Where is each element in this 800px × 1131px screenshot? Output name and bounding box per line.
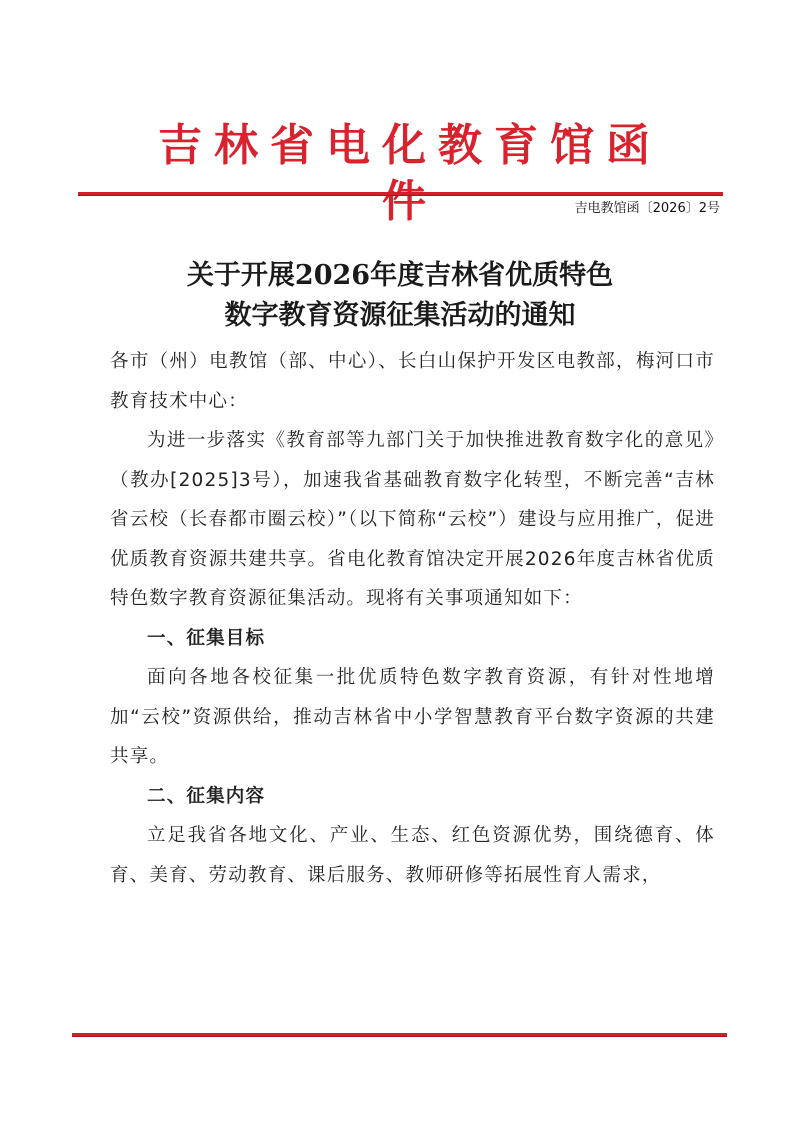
recipients: 各市（州）电教馆（部、中心）、长白山保护开发区电教部，梅河口市教育技术中心：: [110, 342, 715, 421]
notice-title: 关于开展2026年度吉林省优质特色 数字教育资源征集活动的通知: [100, 256, 700, 336]
section-text-2: 立足我省各地文化、产业、生态、红色资源优势，围绕德育、体育、美育、劳动教育、课后…: [110, 816, 715, 895]
section-text-1: 面向各地各校征集一批优质特色数字教育资源，有针对性地增加“云校”资源供给，推动吉…: [110, 658, 715, 777]
document-number: 吉电教馆函〔2026〕2号: [575, 197, 720, 216]
notice-body: 各市（州）电教馆（部、中心）、长白山保护开发区电教部，梅河口市教育技术中心： 为…: [110, 342, 715, 895]
notice-title-line2: 数字教育资源征集活动的通知: [100, 296, 700, 336]
letterhead-divider: [78, 192, 723, 196]
intro-paragraph: 为进一步落实《教育部等九部门关于加快推进教育数字化的意见》（教办[2025]3号…: [110, 421, 715, 619]
notice-title-line1: 关于开展2026年度吉林省优质特色: [100, 256, 700, 296]
section-heading-2: 二、征集内容: [110, 777, 715, 817]
section-heading-1: 一、征集目标: [110, 619, 715, 659]
footer-divider: [72, 1033, 727, 1037]
